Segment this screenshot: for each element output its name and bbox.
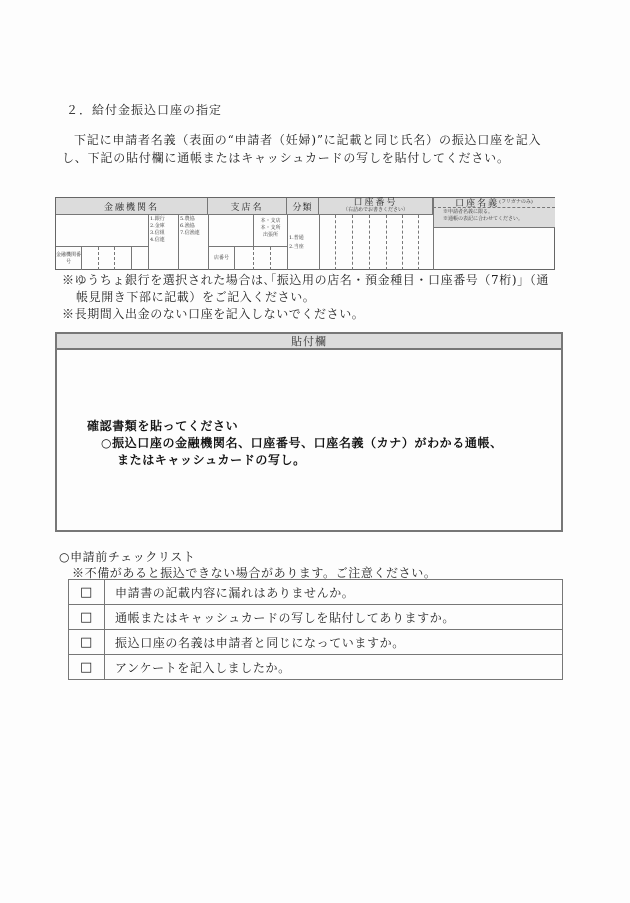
header-account-number: 口座番号 （右詰めでお書きください）: [319, 198, 433, 215]
account-number-input[interactable]: [320, 215, 433, 270]
paste-area: 貼付欄 確認書類を貼ってください ○振込口座の金融機関名、口座番号、口座名義（カ…: [55, 332, 563, 532]
checklist-table: □ 申請書の記載内容に漏れはありませんか。 □ 通帳またはキャッシュカードの写し…: [68, 579, 563, 680]
institution-types-col1: 1.銀行 2.金庫 3.信組 4.信連: [150, 216, 178, 244]
paste-instructions: 確認書類を貼ってください ○振込口座の金融機関名、口座番号、口座名義（カナ）がわ…: [87, 418, 503, 469]
paste-line-3: またはキャッシュカードの写し。: [87, 452, 503, 469]
branch-type-main: 本・支店: [254, 218, 287, 225]
checklist-item: 振込口座の名義は申請者と同じになっていますか。: [105, 630, 563, 655]
checkbox[interactable]: □: [69, 605, 105, 630]
paste-line-1: 確認書類を貼ってください: [87, 418, 503, 435]
header-category: 分類: [287, 198, 319, 215]
header-account-name: 口座名義 (フリガナのみ): [433, 198, 555, 208]
branch-code-input[interactable]: [236, 247, 287, 270]
type-shinren: 4.信連: [150, 237, 178, 244]
account-name-note-2: ※通帳の表記に合わせてください。: [443, 216, 555, 223]
branch-type-sub: 本・支所: [254, 225, 287, 232]
intro-line-1: 下記に申請者名義（表面の“申請者（妊婦)”に記載と同じ氏名）の振込口座を記入: [62, 131, 572, 149]
institution-code-input[interactable]: [83, 247, 148, 270]
bank-account-table: 金融機関名 支店名 分類 口座番号 （右詰めでお書きください） 口座名義 (フリ…: [55, 197, 555, 270]
type-shingyoren: 7.信漁連: [180, 230, 208, 237]
account-name-note-1: ※申請者名義に限る。: [443, 209, 555, 216]
intro-line-2: し、下記の貼付欄に通帳またはキャッシュカードの写しを貼付してください。: [62, 149, 572, 167]
branch-code-label-text: 店番号: [214, 255, 229, 262]
checklist-item: 申請書の記載内容に漏れはありませんか。: [105, 580, 563, 605]
checklist-item: 通帳またはキャッシュカードの写しを貼付してありますか。: [105, 605, 563, 630]
checklist-row: □ アンケートを記入しましたか。: [69, 655, 563, 680]
category-toza[interactable]: 2.当座: [289, 243, 319, 252]
checklist-title: ○申請前チェックリスト: [59, 548, 195, 565]
type-shinkin: 2.金庫: [150, 223, 178, 230]
section-title: ２．給付金振込口座の指定: [66, 101, 222, 118]
category-futsu[interactable]: 1.普通: [289, 234, 319, 243]
account-name-input[interactable]: [434, 229, 555, 270]
checklist-row: □ 通帳またはキャッシュカードの写しを貼付してありますか。: [69, 605, 563, 630]
branch-type-office: 出張所: [254, 232, 287, 239]
header-institution: 金融機関名: [56, 198, 208, 215]
checkbox[interactable]: □: [69, 655, 105, 680]
institution-code-label-text: 金融機関番号: [56, 252, 81, 266]
paste-line-2: ○振込口座の金融機関名、口座番号、口座名義（カナ）がわかる通帳、: [87, 435, 503, 452]
account-name-notes: ※申請者名義に限る。 ※通帳の表記に合わせてください。: [433, 208, 555, 228]
branch-name-input[interactable]: [209, 215, 253, 246]
checklist-item: アンケートを記入しましたか。: [105, 655, 563, 680]
checkbox[interactable]: □: [69, 630, 105, 655]
checklist-row: □ 申請書の記載内容に漏れはありませんか。: [69, 580, 563, 605]
institution-code-label: 金融機関番号: [56, 247, 82, 270]
paste-area-header: 貼付欄: [57, 334, 561, 350]
intro-text: 下記に申請者名義（表面の“申請者（妊婦)”に記載と同じ氏名）の振込口座を記入 し…: [62, 131, 572, 167]
account-number-label: 口座番号: [353, 199, 397, 207]
category-options[interactable]: 1.普通 2.当座: [289, 234, 319, 252]
account-name-sublabel: (フリガナのみ): [499, 199, 533, 206]
checklist-row: □ 振込口座の名義は申請者と同じになっていますか。: [69, 630, 563, 655]
type-nokyo: 5.農協: [180, 216, 208, 223]
note-yucho-line2: 帳見開き下部に記載）をご記入ください。: [62, 289, 582, 306]
type-gyokyo: 6.漁協: [180, 223, 208, 230]
type-shinkumi: 3.信組: [150, 230, 178, 237]
checkbox[interactable]: □: [69, 580, 105, 605]
note-yucho-line1: ※ゆうちょ銀行を選択された場合は､｢振込用の店名・預金種目・口座番号（7桁)｣（…: [62, 272, 582, 289]
institution-types-col2: 5.農協 6.漁協 7.信漁連: [180, 216, 208, 237]
branch-code-label: 店番号: [209, 247, 235, 270]
account-number-sublabel: （右詰めでお書きください）: [343, 207, 408, 214]
note-dormant: ※長期間入出金のない口座を記入しないでください。: [62, 306, 582, 323]
branch-types: 本・支店 本・支所 出張所: [254, 218, 287, 239]
type-bank: 1.銀行: [150, 216, 178, 223]
header-branch: 支店名: [208, 198, 287, 215]
notes: ※ゆうちょ銀行を選択された場合は､｢振込用の店名・預金種目・口座番号（7桁)｣（…: [62, 272, 582, 323]
institution-name-input[interactable]: [56, 215, 148, 246]
